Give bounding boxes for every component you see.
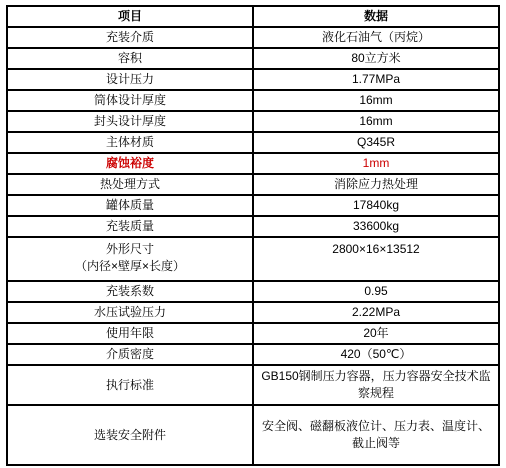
row-label-line2: （内径×壁厚×长度）	[14, 258, 246, 275]
header-value: 数据	[253, 6, 499, 27]
row-label: 主体材质	[7, 132, 253, 153]
table-row: 筒体设计厚度 16mm	[7, 90, 499, 111]
row-label: 充装系数	[7, 281, 253, 302]
row-value: 16mm	[253, 90, 499, 111]
table-row: 充装质量 33600kg	[7, 216, 499, 237]
row-value: 17840kg	[253, 195, 499, 216]
row-label: 外形尺寸 （内径×壁厚×长度）	[7, 237, 253, 281]
spec-table: 项目 数据 充装介质 液化石油气（丙烷） 容积 80立方米 设计压力 1.77M…	[6, 5, 500, 466]
row-label: 设计压力	[7, 69, 253, 90]
row-label: 腐蚀裕度	[7, 153, 253, 174]
row-value: 20年	[253, 323, 499, 344]
row-value: 消除应力热处理	[253, 174, 499, 195]
row-label: 水压试验压力	[7, 302, 253, 323]
table-row: 主体材质 Q345R	[7, 132, 499, 153]
row-value: 0.95	[253, 281, 499, 302]
row-value: 80立方米	[253, 48, 499, 69]
row-label: 筒体设计厚度	[7, 90, 253, 111]
table-header-row: 项目 数据	[7, 6, 499, 27]
row-label: 热处理方式	[7, 174, 253, 195]
row-label-line1: 外形尺寸	[14, 241, 246, 258]
row-label: 执行标准	[7, 365, 253, 405]
table-row: 设计压力 1.77MPa	[7, 69, 499, 90]
row-label: 充装质量	[7, 216, 253, 237]
row-label: 容积	[7, 48, 253, 69]
row-label: 罐体质量	[7, 195, 253, 216]
row-value: 420（50℃）	[253, 344, 499, 365]
row-value: 1.77MPa	[253, 69, 499, 90]
row-value: 33600kg	[253, 216, 499, 237]
table-row-standard: 执行标准 GB150钢制压力容器，压力容器安全技术监察规程	[7, 365, 499, 405]
table-row: 容积 80立方米	[7, 48, 499, 69]
table-row: 罐体质量 17840kg	[7, 195, 499, 216]
table-row-corrosion-allowance: 腐蚀裕度 1mm	[7, 153, 499, 174]
row-value: 1mm	[253, 153, 499, 174]
row-label: 使用年限	[7, 323, 253, 344]
row-label: 介质密度	[7, 344, 253, 365]
row-value: 16mm	[253, 111, 499, 132]
table-row: 充装系数 0.95	[7, 281, 499, 302]
row-value: GB150钢制压力容器，压力容器安全技术监察规程	[253, 365, 499, 405]
row-label: 选装安全附件	[7, 405, 253, 465]
header-item: 项目	[7, 6, 253, 27]
row-label: 充装介质	[7, 27, 253, 48]
row-value: 2.22MPa	[253, 302, 499, 323]
table-row: 充装介质 液化石油气（丙烷）	[7, 27, 499, 48]
table-row: 水压试验压力 2.22MPa	[7, 302, 499, 323]
table-row-accessories: 选装安全附件 安全阀、磁翻板液位计、压力表、温度计、截止阀等	[7, 405, 499, 465]
row-value: 液化石油气（丙烷）	[253, 27, 499, 48]
table-row: 热处理方式 消除应力热处理	[7, 174, 499, 195]
row-value: Q345R	[253, 132, 499, 153]
row-value: 安全阀、磁翻板液位计、压力表、温度计、截止阀等	[253, 405, 499, 465]
table-row: 介质密度 420（50℃）	[7, 344, 499, 365]
row-value: 2800×16×13512	[253, 237, 499, 281]
table-row-dimensions: 外形尺寸 （内径×壁厚×长度） 2800×16×13512	[7, 237, 499, 281]
table-row: 使用年限 20年	[7, 323, 499, 344]
table-row: 封头设计厚度 16mm	[7, 111, 499, 132]
row-label: 封头设计厚度	[7, 111, 253, 132]
